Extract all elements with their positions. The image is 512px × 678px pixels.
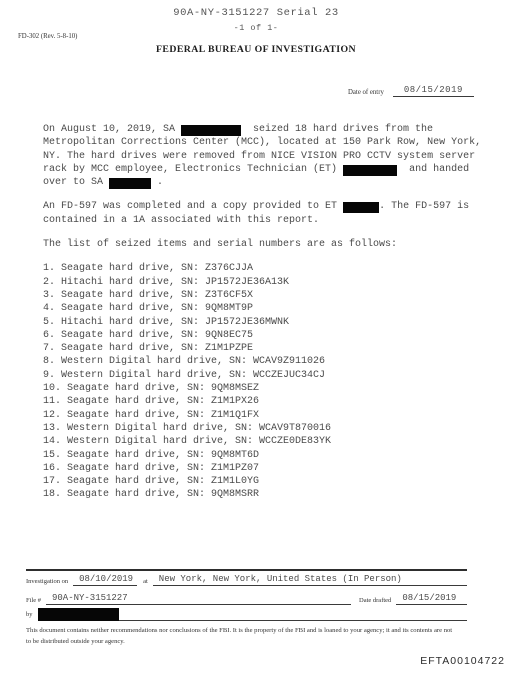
redaction-bar [343, 202, 379, 213]
redaction-bar [38, 608, 119, 621]
seized-item: 15. Seagate hard drive, SN: 9QM8MT6D [43, 449, 492, 462]
text-segment: and handed [397, 164, 469, 175]
text-segment: NY. The hard drives were removed from NI… [43, 151, 475, 162]
body-paragraphs: On August 10, 2019, SA seized 18 hard dr… [43, 123, 492, 251]
date-drafted-value: 08/15/2019 [396, 593, 467, 605]
seized-item: 17. Seagate hard drive, SN: Z1M1L0YG [43, 475, 492, 488]
bates-number: EFTA00104722 [420, 655, 505, 667]
redaction-bar [109, 178, 151, 189]
date-of-entry-row: Date of entry 08/15/2019 [348, 85, 474, 97]
text-segment: On August 10, 2019, SA [43, 124, 181, 135]
form-number: FD-302 (Rev. 5-8-10) [18, 33, 77, 40]
seized-item: 11. Seagate hard drive, SN: Z1M1PX26 [43, 395, 492, 408]
text-segment: An FD-597 was completed and a copy provi… [43, 201, 343, 212]
seized-item: 5. Hitachi hard drive, SN: JP1572JE36MWN… [43, 316, 492, 329]
bureau-title: FEDERAL BUREAU OF INVESTIGATION [0, 44, 512, 55]
seized-item: 7. Seagate hard drive, SN: Z1M1PZPE [43, 342, 492, 355]
body-line: NY. The hard drives were removed from NI… [43, 150, 492, 163]
text-segment: contained in a 1A associated with this r… [43, 215, 319, 226]
text-segment: seized 18 hard drives from the [241, 124, 433, 135]
report-body: On August 10, 2019, SA seized 18 hard dr… [43, 123, 492, 502]
disclaimer-line: to be distributed outside your agency. [26, 637, 478, 648]
fbi-disclaimer: This document contains neither recommend… [26, 626, 478, 648]
investigation-on-date: 08/10/2019 [73, 574, 137, 586]
body-line: The list of seized items and serial numb… [43, 238, 492, 251]
seized-item: 4. Seagate hard drive, SN: 9QM8MT9P [43, 302, 492, 315]
date-of-entry-label: Date of entry [348, 89, 384, 97]
body-line: rack by MCC employee, Electronics Techni… [43, 163, 492, 176]
case-serial-header: 90A-NY-3151227 Serial 23 [0, 7, 512, 19]
seized-item: 1. Seagate hard drive, SN: Z376CJJA [43, 262, 492, 275]
paragraph: The list of seized items and serial numb… [43, 238, 492, 251]
seized-items-list: 1. Seagate hard drive, SN: Z376CJJA2. Hi… [43, 262, 492, 501]
seized-item: 8. Western Digital hard drive, SN: WCAV9… [43, 355, 492, 368]
at-label: at [137, 578, 153, 586]
seized-item: 3. Seagate hard drive, SN: Z3T6CF5X [43, 289, 492, 302]
paragraph: An FD-597 was completed and a copy provi… [43, 200, 492, 227]
body-line: On August 10, 2019, SA seized 18 hard dr… [43, 123, 492, 136]
by-signature-line [38, 606, 468, 621]
date-drafted-label: Date drafted [351, 597, 396, 605]
seized-item: 13. Western Digital hard drive, SN: WCAV… [43, 422, 492, 435]
text-segment: over to SA [43, 177, 109, 188]
file-number-value: 90A-NY-3151227 [46, 593, 351, 605]
paragraph: On August 10, 2019, SA seized 18 hard dr… [43, 123, 492, 189]
body-line: An FD-597 was completed and a copy provi… [43, 200, 492, 213]
text-segment: rack by MCC employee, Electronics Techni… [43, 164, 343, 175]
text-segment: The list of seized items and serial numb… [43, 239, 397, 250]
body-line: over to SA . [43, 176, 492, 189]
redaction-bar [181, 125, 241, 136]
seized-item: 16. Seagate hard drive, SN: Z1M1PZ07 [43, 462, 492, 475]
seized-item: 18. Seagate hard drive, SN: 9QM8MSRR [43, 488, 492, 501]
date-of-entry-value: 08/15/2019 [393, 85, 474, 97]
body-line: contained in a 1A associated with this r… [43, 214, 492, 227]
seized-item: 14. Western Digital hard drive, SN: WCCZ… [43, 435, 492, 448]
file-number-row: File # 90A-NY-3151227 Date drafted 08/15… [26, 593, 467, 605]
investigation-on-row: Investigation on 08/10/2019 at New York,… [26, 574, 467, 586]
fd302-document-page: 90A-NY-3151227 Serial 23 -1 of 1- FD-302… [0, 0, 512, 678]
text-segment: . [151, 177, 163, 188]
page-number: -1 of 1- [0, 23, 512, 33]
by-label: by [26, 611, 38, 621]
seized-item: 9. Western Digital hard drive, SN: WCCZE… [43, 369, 492, 382]
investigation-location: New York, New York, United States (In Pe… [153, 574, 467, 586]
text-segment: . The FD-597 is [379, 201, 469, 212]
drafted-by-row: by [26, 606, 467, 621]
seized-item: 2. Hitachi hard drive, SN: JP1572JE36A13… [43, 276, 492, 289]
body-line: Metropolitan Corrections Center (MCC), l… [43, 136, 492, 149]
investigation-on-label: Investigation on [26, 578, 73, 586]
text-segment: Metropolitan Corrections Center (MCC), l… [43, 137, 481, 148]
redaction-bar [343, 165, 397, 176]
seized-item: 10. Seagate hard drive, SN: 9QM8MSEZ [43, 382, 492, 395]
footer-divider [26, 569, 467, 571]
seized-item: 6. Seagate hard drive, SN: 9QN8EC75 [43, 329, 492, 342]
disclaimer-line: This document contains neither recommend… [26, 626, 478, 637]
file-number-label: File # [26, 597, 46, 605]
seized-item: 12. Seagate hard drive, SN: Z1M1Q1FX [43, 409, 492, 422]
